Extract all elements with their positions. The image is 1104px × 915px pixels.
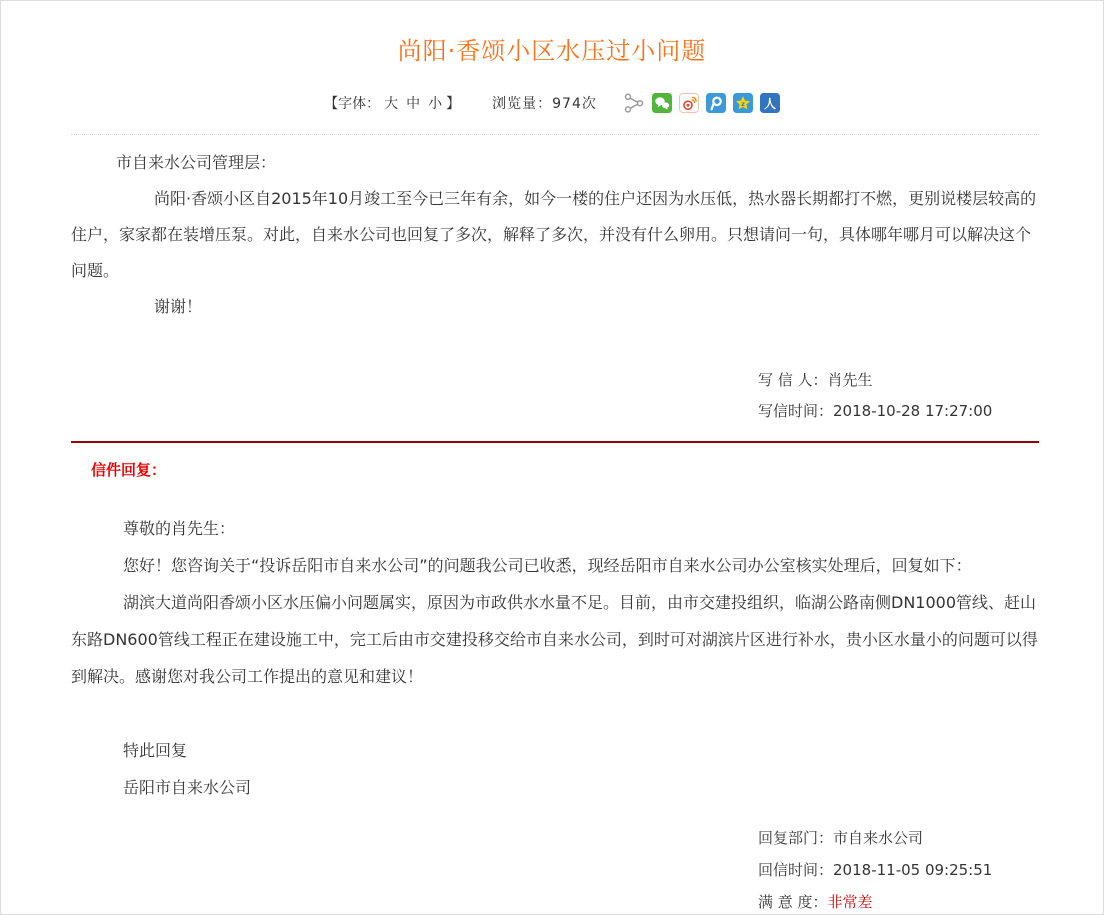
reply-section-title: 信件回复： <box>91 459 1103 480</box>
reply-info: 回复部门：市自来水公司 回信时间：2018-11-05 09:25:51 满 意… <box>758 822 1039 915</box>
letter-detail-page: 尚阳·香颂小区水压过小问题 【字体：大中小】 浏览量：974次 <box>0 0 1104 915</box>
toolbar: 【字体：大中小】 浏览量：974次 <box>1 92 1103 114</box>
page-title: 尚阳·香颂小区水压过小问题 <box>1 31 1103 66</box>
view-count-label: 浏览量： <box>492 96 552 112</box>
write-time-value: 2018-10-28 17:27:00 <box>833 402 992 420</box>
svg-text:z: z <box>741 100 745 108</box>
reply-closing: 特此回复 <box>71 732 1039 769</box>
font-size-label-open: 【字体： <box>324 96 380 112</box>
reply-paragraph-2: 湖滨大道尚阳香颂小区水压偏小问题属实，原因为市政供水水量不足。目前，由市交建投组… <box>71 584 1039 695</box>
reply-signature: 岳阳市自来水公司 <box>71 769 1039 806</box>
reply-divider <box>71 441 1039 443</box>
tencent-weibo-icon[interactable] <box>706 93 726 113</box>
satisfaction-row: 满 意 度：非常差 <box>758 886 1039 915</box>
letter-thanks: 谢谢！ <box>71 289 1039 325</box>
writer-label: 写 信 人： <box>758 371 828 389</box>
write-time-label: 写信时间： <box>758 402 833 420</box>
qzone-icon[interactable]: z <box>733 93 753 113</box>
font-size-label-close: 】 <box>446 96 460 112</box>
share-bar: z 人 <box>623 92 780 114</box>
font-size-large-link[interactable]: 大 <box>384 96 398 112</box>
reply-time-label: 回信时间： <box>758 861 833 879</box>
official-reply: 尊敬的肖先生： 您好！您咨询关于“投诉岳阳市自来水公司”的问题我公司已收悉，现经… <box>1 510 1103 915</box>
citizen-letter: 市自来水公司管理层： 尚阳·香颂小区自2015年10月竣工至今已三年有余，如今一… <box>1 145 1103 427</box>
sender-info: 写 信 人：肖先生 写信时间：2018-10-28 17:27:00 <box>758 365 1039 427</box>
satisfaction-value: 非常差 <box>828 893 873 911</box>
letter-salutation: 市自来水公司管理层： <box>71 145 1039 181</box>
svg-text:人: 人 <box>764 97 776 111</box>
wechat-icon[interactable] <box>652 93 672 113</box>
writer-name: 肖先生 <box>828 371 873 389</box>
reply-salutation: 尊敬的肖先生： <box>71 510 1039 547</box>
font-size-medium-link[interactable]: 中 <box>406 96 420 112</box>
renren-icon[interactable]: 人 <box>760 93 780 113</box>
reply-time-value: 2018-11-05 09:25:51 <box>833 861 992 879</box>
font-size-control: 【字体：大中小】 <box>324 93 460 113</box>
reply-dept-value: 市自来水公司 <box>833 829 923 847</box>
reply-time-row: 回信时间：2018-11-05 09:25:51 <box>758 854 1039 886</box>
write-time-row: 写信时间：2018-10-28 17:27:00 <box>758 396 1039 427</box>
view-count: 浏览量：974次 <box>492 93 597 113</box>
reply-paragraph-1: 您好！您咨询关于“投诉岳阳市自来水公司”的问题我公司已收悉，现经岳阳市自来水公司… <box>71 547 1039 584</box>
letter-paragraph: 尚阳·香颂小区自2015年10月竣工至今已三年有余，如今一楼的住户还因为水压低，… <box>71 181 1039 289</box>
writer-row: 写 信 人：肖先生 <box>758 365 1039 396</box>
reply-dept-row: 回复部门：市自来水公司 <box>758 822 1039 854</box>
reply-dept-label: 回复部门： <box>758 829 833 847</box>
toolbar-divider <box>71 134 1039 135</box>
font-size-small-link[interactable]: 小 <box>428 96 442 112</box>
share-icon[interactable] <box>623 92 645 114</box>
satisfaction-label: 满 意 度： <box>758 893 828 911</box>
sina-weibo-icon[interactable] <box>679 93 699 113</box>
view-count-value: 974次 <box>552 96 597 112</box>
